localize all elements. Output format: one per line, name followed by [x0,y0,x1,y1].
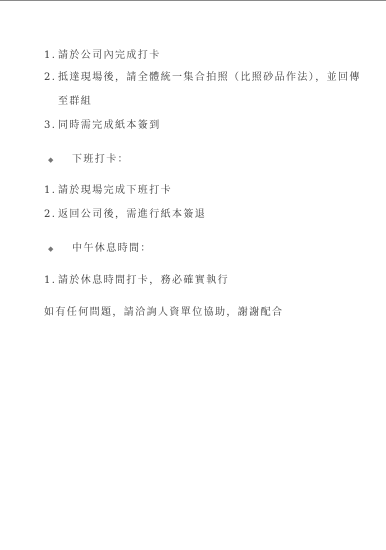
closing-note: 如有任何問題，請洽詢人資單位協助，謝謝配合 [44,303,283,318]
list-item: 1.請於休息時間打卡，務必確實執行 [44,271,229,286]
diamond-bullet-icon: ◆ [48,245,72,253]
item-number: 2. [44,209,58,220]
item-text: 返回公司後，需進行紙本簽退 [58,209,206,220]
list-item: 1.請於現場完成下班打卡 [44,181,172,196]
heading-text: 下班打卡： [72,154,129,165]
item-text: 請於現場完成下班打卡 [58,185,172,196]
item-number: 1. [44,50,58,61]
page-top-border [0,0,386,1]
item-text: 至群組 [58,96,92,107]
section-heading-clock-out: ◆下班打卡： [48,150,129,165]
item-text: 抵達現場後，請全體統一集合拍照（比照砂品作法），並回傳 [58,72,361,83]
item-text: 請於公司內完成打卡 [58,50,161,61]
item-number: 1. [44,275,58,286]
item-text: 請於休息時間打卡，務必確實執行 [58,275,229,286]
list-item: 2.返回公司後，需進行紙本簽退 [44,205,206,220]
diamond-bullet-icon: ◆ [48,156,72,164]
list-item: 2.抵達現場後，請全體統一集合拍照（比照砂品作法），並回傳 [44,68,361,83]
item-number: 2. [44,72,58,83]
list-item: 3.同時需完成紙本簽到 [44,116,161,131]
item-number: 1. [44,185,58,196]
item-number: 3. [44,120,58,131]
section-heading-lunch-break: ◆中午休息時間： [48,239,152,254]
list-item: 1.請於公司內完成打卡 [44,46,161,61]
item-text: 同時需完成紙本簽到 [58,120,161,131]
heading-text: 中午休息時間： [72,243,152,254]
list-item-continuation: 至群組 [58,92,92,107]
